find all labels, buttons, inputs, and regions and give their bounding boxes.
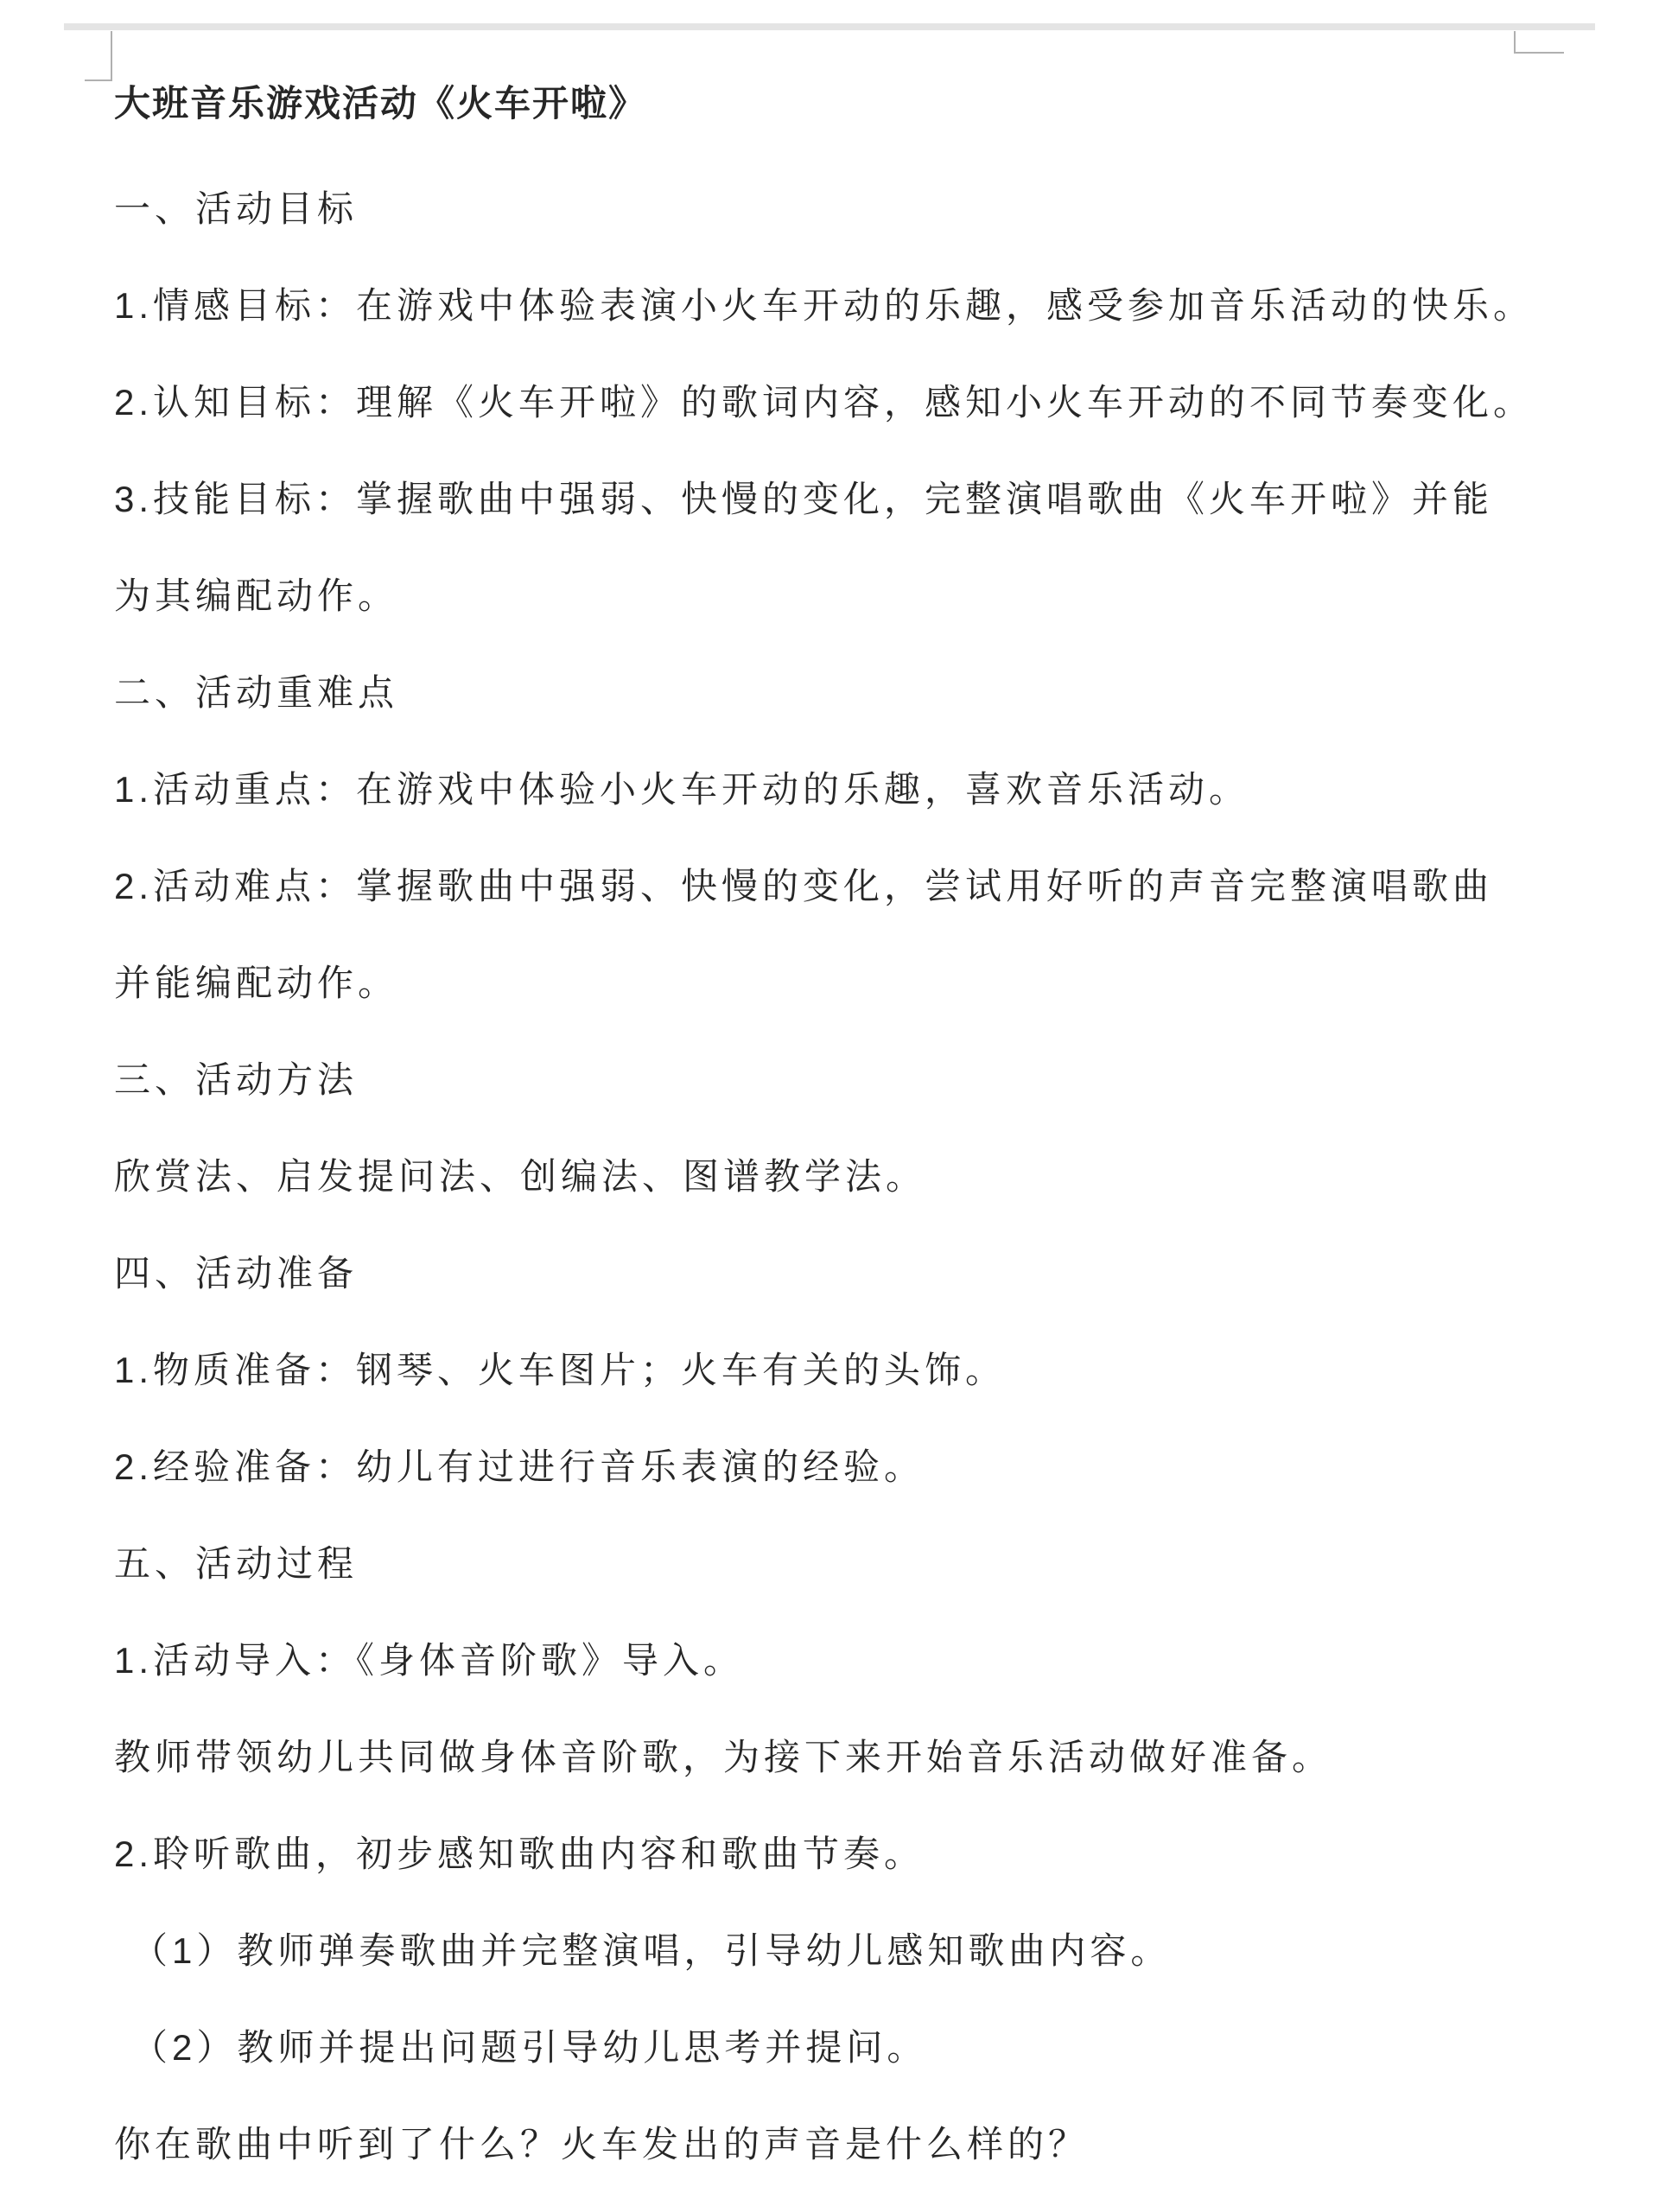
paragraph-experience-prep: 2.经验准备：幼儿有过进行音乐表演的经验。 [114,1419,1583,1516]
paragraph-material-prep: 1.物质准备：钢琴、火车图片；火车有关的头饰。 [114,1322,1583,1419]
document-content: 大班音乐游戏活动《火车开啦》 一、活动目标 1.情感目标：在游戏中体验表演小火车… [114,55,1583,2193]
paragraph-listen-song: 2.聆听歌曲，初步感知歌曲内容和歌曲节奏。 [114,1806,1583,1903]
section-heading-methods: 三、活动方法 [114,1032,1583,1128]
paragraph-step-1: （1）教师弹奏歌曲并完整演唱，引导幼儿感知歌曲内容。 [114,1903,1583,1999]
paragraph-emotion-goal: 1.情感目标：在游戏中体验表演小火车开动的乐趣，感受参加音乐活动的快乐。 [114,257,1583,354]
document-title: 大班音乐游戏活动《火车开啦》 [114,55,1583,152]
section-heading-goals: 一、活动目标 [114,161,1583,257]
document-page: 大班音乐游戏活动《火车开啦》 一、活动目标 1.情感目标：在游戏中体验表演小火车… [0,0,1659,2212]
paragraph-skill-goal-cont: 为其编配动作。 [114,548,1583,645]
page-edge-band [64,23,1595,30]
paragraph-step-2: （2）教师并提出问题引导幼儿思考并提问。 [114,1999,1583,2096]
margin-corner-mark-top-left [85,31,112,81]
section-heading-process: 五、活动过程 [114,1516,1583,1612]
section-heading-key-points: 二、活动重难点 [114,645,1583,741]
paragraph-key-point: 1.活动重点：在游戏中体验小火车开动的乐趣，喜欢音乐活动。 [114,741,1583,838]
paragraph-cognitive-goal: 2.认知目标：理解《火车开啦》的歌词内容，感知小火车开动的不同节奏变化。 [114,354,1583,451]
paragraph-skill-goal: 3.技能目标：掌握歌曲中强弱、快慢的变化，完整演唱歌曲《火车开啦》并能 [114,451,1583,548]
margin-corner-mark-top-right [1514,31,1564,54]
paragraph-question: 你在歌曲中听到了什么？火车发出的声音是什么样的？ [114,2096,1583,2193]
paragraph-difficulty-cont: 并能编配动作。 [114,935,1583,1032]
paragraph-intro-detail: 教师带领幼儿共同做身体音阶歌，为接下来开始音乐活动做好准备。 [114,1709,1583,1806]
paragraph-intro: 1.活动导入：《身体音阶歌》导入。 [114,1612,1583,1709]
section-heading-preparation: 四、活动准备 [114,1225,1583,1322]
paragraph-difficulty: 2.活动难点：掌握歌曲中强弱、快慢的变化，尝试用好听的声音完整演唱歌曲 [114,838,1583,935]
paragraph-methods-list: 欣赏法、启发提问法、创编法、图谱教学法。 [114,1128,1583,1225]
